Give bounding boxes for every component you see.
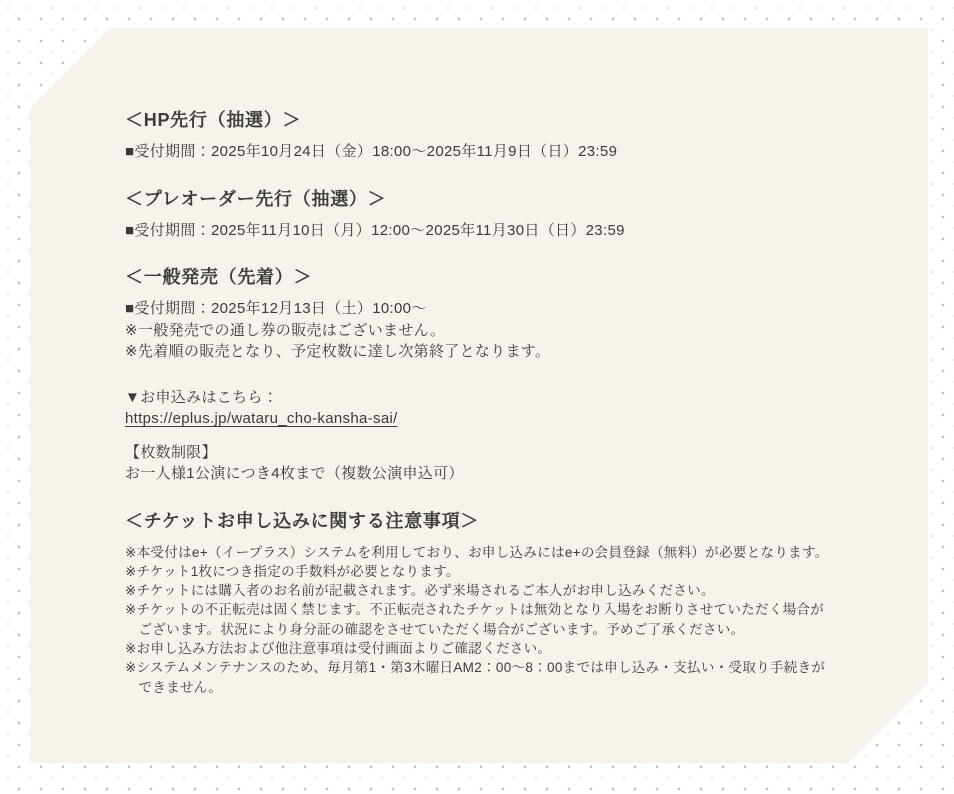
notice-item: ※お申し込み方法および他注意事項は受付画面よりご確認ください。 [125, 639, 833, 658]
general-sale-note-1: ※一般発売での通し券の販売はございません。 [125, 320, 833, 342]
apply-block: ▼お申込みはこちら： https://eplus.jp/wataru_cho-k… [125, 387, 833, 430]
ticket-limit-block: 【枚数制限】 お一人様1公演につき4枚まで（複数公演申込可） [125, 442, 833, 485]
hp-presale-title: ＜HP先行（抽選）＞ [125, 108, 833, 133]
notice-item: ※本受付はe+（イープラス）システムを利用しており、お申し込みにはe+の会員登録… [125, 543, 833, 562]
notice-item: ※チケット1枚につき指定の手数料が必要となります。 [125, 562, 833, 581]
apply-label: ▼お申込みはこちら： [125, 387, 833, 409]
notice-section: ＜チケットお申し込みに関する注意事項＞ ※本受付はe+（イープラス）システムを利… [125, 509, 833, 697]
ticket-limit-title: 【枚数制限】 [125, 442, 833, 464]
general-sale-title: ＜一般発売（先着）＞ [125, 265, 833, 290]
section-general-sale: ＜一般発売（先着）＞ ■受付期間：2025年12月13日（土）10:00～ ※一… [125, 265, 833, 363]
ticket-limit-text: お一人様1公演につき4枚まで（複数公演申込可） [125, 463, 833, 485]
notice-item: ※システムメンテナンスのため、毎月第1・第3木曜日AM2：00～8：00までは申… [125, 658, 833, 697]
ticket-info-card: ＜HP先行（抽選）＞ ■受付期間：2025年10月24日（金）18:00～202… [30, 28, 928, 763]
section-hp-presale: ＜HP先行（抽選）＞ ■受付期間：2025年10月24日（金）18:00～202… [125, 108, 833, 163]
page-background: { "theme": { "page_background": "#ffffff… [0, 0, 954, 794]
preorder-presale-period: ■受付期間：2025年11月10日（月）12:00～2025年11月30日（日）… [125, 220, 833, 242]
apply-link[interactable]: https://eplus.jp/wataru_cho-kansha-sai/ [125, 408, 398, 430]
notice-title: ＜チケットお申し込みに関する注意事項＞ [125, 509, 833, 534]
preorder-presale-title: ＜プレオーダー先行（抽選）＞ [125, 187, 833, 212]
notice-item: ※チケットの不正転売は固く禁じます。不正転売されたチケットは無効となり入場をお断… [125, 600, 833, 639]
section-preorder-presale: ＜プレオーダー先行（抽選）＞ ■受付期間：2025年11月10日（月）12:00… [125, 187, 833, 242]
general-sale-note-2: ※先着順の販売となり、予定枚数に達し次第終了となります。 [125, 341, 833, 363]
general-sale-period: ■受付期間：2025年12月13日（土）10:00～ [125, 298, 833, 320]
hp-presale-period: ■受付期間：2025年10月24日（金）18:00～2025年11月9日（日）2… [125, 141, 833, 163]
notice-item: ※チケットには購入者のお名前が記載されます。必ず来場されるご本人がお申し込みくだ… [125, 581, 833, 600]
